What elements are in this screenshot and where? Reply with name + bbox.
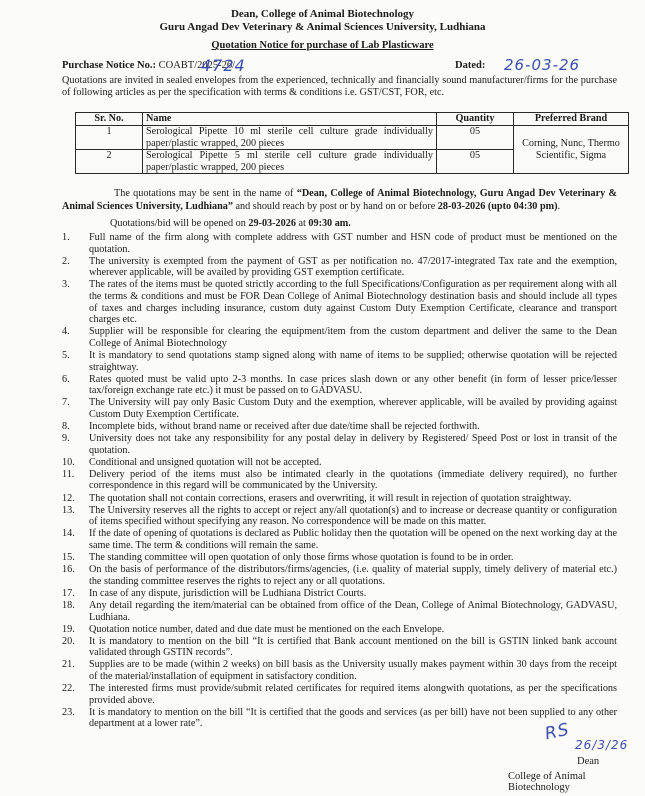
- term-number: 4.: [62, 326, 84, 338]
- term-text: Full name of the firm along with complet…: [89, 232, 617, 255]
- term-number: 6.: [62, 374, 84, 386]
- list-item: 3.The rates of the items must be quoted …: [62, 279, 617, 325]
- col-header-brand: Preferred Brand: [514, 113, 629, 126]
- term-text: If the date of opening of quotations is …: [89, 528, 617, 551]
- opening-line: Quotations/bid will be opened on 29-03-2…: [110, 218, 351, 229]
- cell-name: Serological Pipette 10 ml sterile cell c…: [143, 126, 437, 150]
- signatory-office: College of Animal Biotechnology: [508, 771, 645, 793]
- dated-label: Dated:: [455, 60, 485, 71]
- term-text: Incomplete bids, without brand name or r…: [89, 421, 480, 432]
- list-item: 16.On the basis of performance of the di…: [62, 564, 617, 587]
- signatory-designation: Dean: [577, 756, 599, 767]
- cell-quantity: 05: [437, 150, 514, 174]
- term-text: Delivery period of the items must also b…: [89, 469, 617, 492]
- cell-preferred-brand: Corning, Nunc, Thermo Scientific, Sigma: [514, 126, 629, 174]
- term-text: It is mandatory to send quotations stamp…: [89, 350, 617, 373]
- cell-name: Serological Pipette 5 ml sterile cell cu…: [143, 150, 437, 174]
- term-text: It is mandatory to mention on the bill “…: [89, 636, 617, 659]
- col-header-name: Name: [143, 113, 437, 126]
- intro-paragraph: Quotations are invited in sealed envelop…: [62, 75, 617, 99]
- list-item: 18.Any detail regarding the item/materia…: [62, 600, 617, 623]
- list-item: 14.If the date of opening of quotations …: [62, 528, 617, 551]
- header-university: Guru Angad Dev Veterinary & Animal Scien…: [0, 21, 645, 34]
- list-item: 15.The standing committee will open quot…: [62, 552, 617, 564]
- term-text: The University reserves all the rights t…: [89, 505, 617, 528]
- list-item: 20.It is mandatory to mention on the bil…: [62, 636, 617, 659]
- list-item: 21.Supplies are to be made (within 2 wee…: [62, 659, 617, 682]
- list-item: 23.It is mandatory to mention on the bil…: [62, 707, 617, 730]
- term-number: 18.: [62, 600, 84, 612]
- term-text: Quotation notice number, dated and due d…: [89, 624, 444, 635]
- term-number: 7.: [62, 397, 84, 409]
- purchase-notice-label: Purchase Notice No.:: [62, 60, 156, 71]
- term-text: The standing committee will open quotati…: [89, 552, 513, 563]
- term-text: The interested firms must provide/submit…: [89, 683, 617, 706]
- table-header-row: Sr. No. Name Quantity Preferred Brand: [76, 113, 629, 126]
- term-number: 21.: [62, 659, 84, 671]
- list-item: 6.Rates quoted must be valid upto 2-3 mo…: [62, 374, 617, 397]
- items-table: Sr. No. Name Quantity Preferred Brand 1 …: [75, 112, 629, 174]
- opening-time: 09:30 am.: [308, 218, 350, 229]
- term-number: 3.: [62, 279, 84, 291]
- term-number: 14.: [62, 528, 84, 540]
- list-item: 11.Delivery period of the items must als…: [62, 469, 617, 492]
- term-text: Supplier will be responsible for clearin…: [89, 326, 617, 349]
- list-item: 4.Supplier will be responsible for clear…: [62, 326, 617, 349]
- term-text: Rates quoted must be valid upto 2-3 mont…: [89, 374, 617, 397]
- term-number: 19.: [62, 624, 84, 636]
- term-number: 13.: [62, 505, 84, 517]
- opening-date: 29-03-2026: [248, 218, 296, 229]
- quotation-notice-page: Dean, College of Animal Biotechnology Gu…: [0, 0, 645, 796]
- signature-date: 26/3/26: [575, 738, 628, 752]
- term-number: 8.: [62, 421, 84, 433]
- term-number: 12.: [62, 493, 84, 505]
- list-item: 13.The University reserves all the right…: [62, 505, 617, 528]
- term-number: 16.: [62, 564, 84, 576]
- handwritten-notice-number: 4724: [201, 56, 246, 75]
- term-number: 11.: [62, 469, 84, 481]
- term-text: Any detail regarding the item/material c…: [89, 600, 617, 623]
- submission-paragraph: The quotations may be sent in the name o…: [62, 188, 617, 213]
- submission-text: The quotations may be sent in the name o…: [114, 188, 297, 199]
- term-text: The rates of the items must be quoted st…: [89, 279, 617, 325]
- notice-title: Quotation Notice for purchase of Lab Pla…: [0, 40, 645, 51]
- submission-deadline: 28-03-2026 (upto 04:30 pm): [438, 201, 558, 212]
- term-number: 23.: [62, 707, 84, 719]
- opening-text: Quotations/bid will be opened on: [110, 218, 248, 229]
- list-item: 10.Conditional and unsigned quotation wi…: [62, 457, 617, 469]
- list-item: 5.It is mandatory to send quotations sta…: [62, 350, 617, 373]
- submission-text: and should reach by post or by hand on o…: [233, 201, 438, 212]
- term-number: 5.: [62, 350, 84, 362]
- term-text: The quotation shall not contain correcti…: [89, 493, 571, 504]
- col-header-quantity: Quantity: [437, 113, 514, 126]
- terms-list: 1.Full name of the firm along with compl…: [62, 232, 617, 730]
- term-text: It is mandatory to mention on the bill “…: [89, 707, 617, 730]
- submission-text: .: [558, 201, 561, 212]
- term-number: 17.: [62, 588, 84, 600]
- term-number: 9.: [62, 433, 84, 445]
- list-item: 8.Incomplete bids, without brand name or…: [62, 421, 617, 433]
- header-office: Dean, College of Animal Biotechnology: [0, 8, 645, 21]
- list-item: 19.Quotation notice number, dated and du…: [62, 624, 617, 636]
- cell-sr: 2: [76, 150, 143, 174]
- table-row: 1 Serological Pipette 10 ml sterile cell…: [76, 126, 629, 150]
- term-number: 10.: [62, 457, 84, 469]
- list-item: 1.Full name of the firm along with compl…: [62, 232, 617, 255]
- opening-text: at: [296, 218, 308, 229]
- term-text: The University will pay only Basic Custo…: [89, 397, 617, 420]
- list-item: 22.The interested firms must provide/sub…: [62, 683, 617, 706]
- term-number: 2.: [62, 256, 84, 268]
- list-item: 12.The quotation shall not contain corre…: [62, 493, 617, 505]
- term-text: In case of any dispute, jurisdiction wil…: [89, 588, 366, 599]
- cell-quantity: 05: [437, 126, 514, 150]
- term-number: 15.: [62, 552, 84, 564]
- list-item: 7.The University will pay only Basic Cus…: [62, 397, 617, 420]
- term-number: 1.: [62, 232, 84, 244]
- term-text: Conditional and unsigned quotation will …: [89, 457, 322, 468]
- list-item: 2.The university is exempted from the pa…: [62, 256, 617, 279]
- term-number: 22.: [62, 683, 84, 695]
- term-number: 20.: [62, 636, 84, 648]
- list-item: 17.In case of any dispute, jurisdiction …: [62, 588, 617, 600]
- term-text: University does not take any responsibil…: [89, 433, 617, 456]
- list-item: 9.University does not take any responsib…: [62, 433, 617, 456]
- handwritten-date: 26-03-26: [504, 56, 580, 74]
- col-header-sr: Sr. No.: [76, 113, 143, 126]
- term-text: On the basis of performance of the distr…: [89, 564, 617, 587]
- term-text: The university is exempted from the paym…: [89, 256, 617, 279]
- cell-sr: 1: [76, 126, 143, 150]
- term-text: Supplies are to be made (within 2 weeks)…: [89, 659, 617, 682]
- signature-initials: RS: [543, 720, 571, 745]
